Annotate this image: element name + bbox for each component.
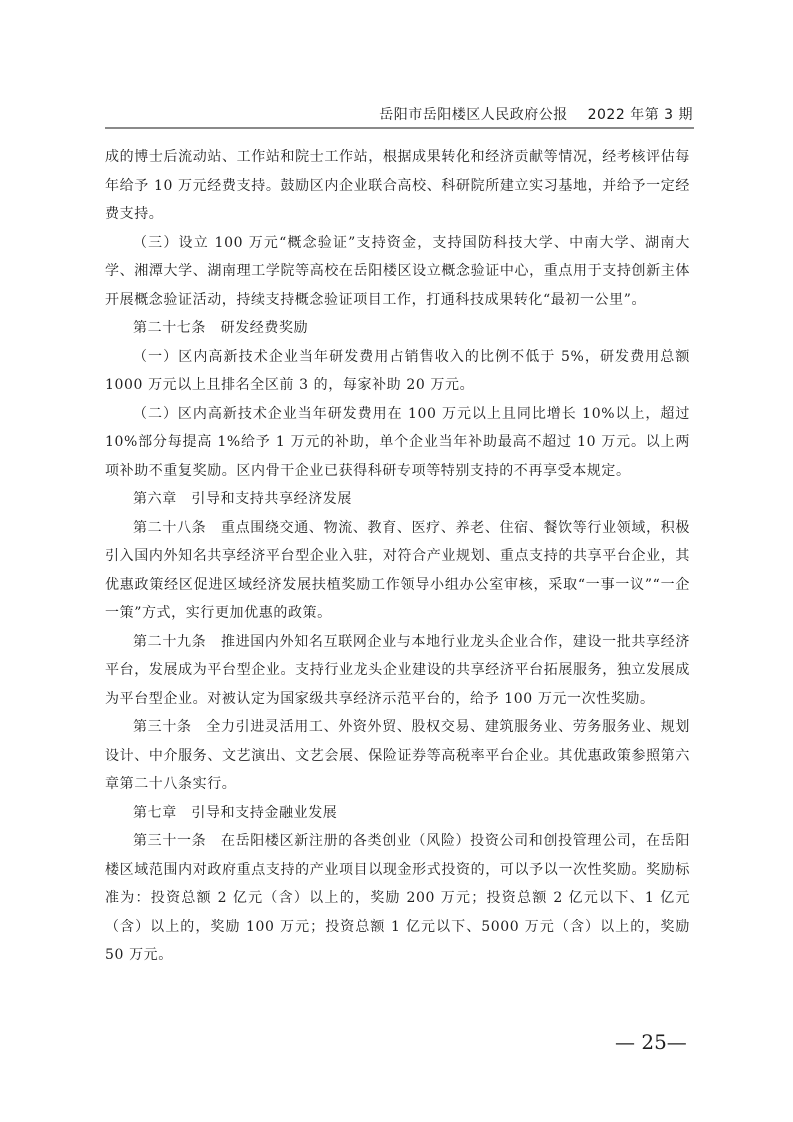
paragraph-rd-ratio: （一）区内高新技术企业当年研发费用占销售收入的比例不低于 5%，研发费用总额 1… bbox=[105, 343, 690, 400]
article-31: 第三十一条 在岳阳楼区新注册的各类创业（风险）投资公司和创投管理公司，在岳阳楼区… bbox=[105, 827, 690, 970]
issue-number: 2022 年第 3 期 bbox=[588, 107, 693, 123]
chapter-7-heading: 第七章 引导和支持金融业发展 bbox=[105, 799, 690, 828]
chapter-6-heading: 第六章 引导和支持共享经济发展 bbox=[105, 485, 690, 514]
page-number: — 25— bbox=[615, 1030, 687, 1054]
article-27-heading: 第二十七条 研发经费奖励 bbox=[105, 314, 690, 343]
header-divider bbox=[105, 127, 694, 129]
article-30: 第三十条 全力引进灵活用工、外资外贸、股权交易、建筑服务业、劳务服务业、规划设计… bbox=[105, 713, 690, 799]
publication-title: 岳阳市岳阳楼区人民政府公报 bbox=[379, 107, 568, 123]
article-28: 第二十八条 重点围绕交通、物流、教育、医疗、养老、住宿、餐饮等行业领域，积极引入… bbox=[105, 514, 690, 628]
paragraph-concept-verification: （三）设立 100 万元“概念验证”支持资金，支持国防科技大学、中南大学、湖南大… bbox=[105, 229, 690, 315]
article-29: 第二十九条 推进国内外知名互联网企业与本地行业龙头企业合作，建设一批共享经济平台… bbox=[105, 628, 690, 714]
paragraph-postdoc-support: 成的博士后流动站、工作站和院士工作站，根据成果转化和经济贡献等情况，经考核评估每… bbox=[105, 143, 690, 229]
document-body: 成的博士后流动站、工作站和院士工作站，根据成果转化和经济贡献等情况，经考核评估每… bbox=[105, 143, 690, 970]
running-header: 岳阳市岳阳楼区人民政府公报 2022 年第 3 期 bbox=[105, 104, 693, 126]
paragraph-rd-growth: （二）区内高新技术企业当年研发费用在 100 万元以上且同比增长 10%以上，超… bbox=[105, 400, 690, 486]
